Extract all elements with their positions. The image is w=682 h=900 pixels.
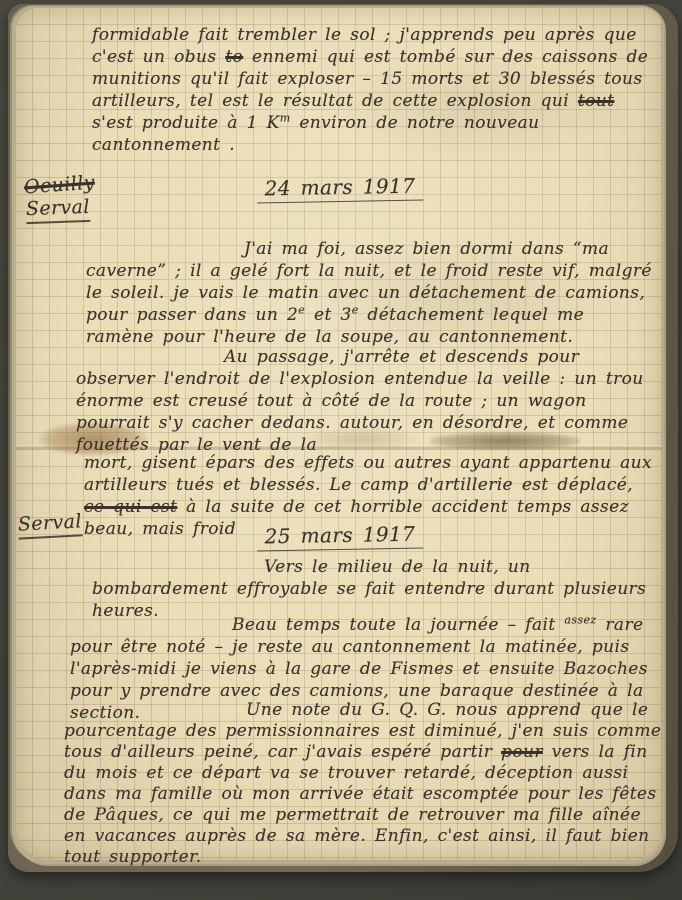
margin-note-serval-2: Serval — [17, 510, 82, 539]
entry-date-24-mars-label: 24 mars 1917 — [256, 175, 423, 204]
struck-text-segment: pour — [501, 742, 543, 762]
text-segment: Au passage, j'arrête et descends pour ob… — [76, 347, 644, 455]
margin-note-serval-2-label: Serval — [17, 510, 82, 539]
margin-note-serval-1: Serval — [26, 196, 91, 224]
entry-date-25-mars: 25 mars 1917 — [220, 522, 460, 552]
handwriting-paragraph-25mars-1: Vers le milieu de la nuit, un bombardeme… — [92, 556, 660, 622]
superscript-text-segment: m — [280, 111, 291, 124]
text-segment: mort, gisent épars des effets ou autres … — [84, 453, 652, 495]
entry-date-25-mars-label: 25 mars 1917 — [256, 523, 423, 552]
superscript-text-segment: assez — [564, 613, 596, 626]
struck-text-segment: ce qui est — [84, 497, 177, 517]
text-segment: Beau temps toute la journée – fait — [232, 615, 564, 635]
margin-note-serval-1-label: Serval — [26, 196, 91, 224]
handwriting-paragraph-continuation: formidable fait trembler le sol ; j'appr… — [92, 24, 654, 156]
text-segment: et 3 — [305, 305, 352, 325]
text-segment: s'est produite à 1 K — [92, 113, 280, 133]
handwriting-paragraph-24mars-1: J'ai ma foi, assez bien dormi dans “ma c… — [86, 238, 658, 348]
entry-date-24-mars: 24 mars 1917 — [220, 174, 460, 204]
notebook-photo: formidable fait trembler le sol ; j'appr… — [0, 0, 682, 900]
handwriting-paragraph-25mars-3: Une note du G. Q. G. nous apprend que le… — [64, 700, 666, 868]
struck-text-segment: tout — [578, 91, 614, 111]
text-segment: Vers le milieu de la nuit, un bombardeme… — [92, 557, 646, 621]
superscript-text-segment: e — [352, 303, 359, 316]
struck-text-segment: to — [225, 47, 243, 67]
handwriting-paragraph-24mars-2: Au passage, j'arrête et descends pour ob… — [76, 346, 658, 456]
